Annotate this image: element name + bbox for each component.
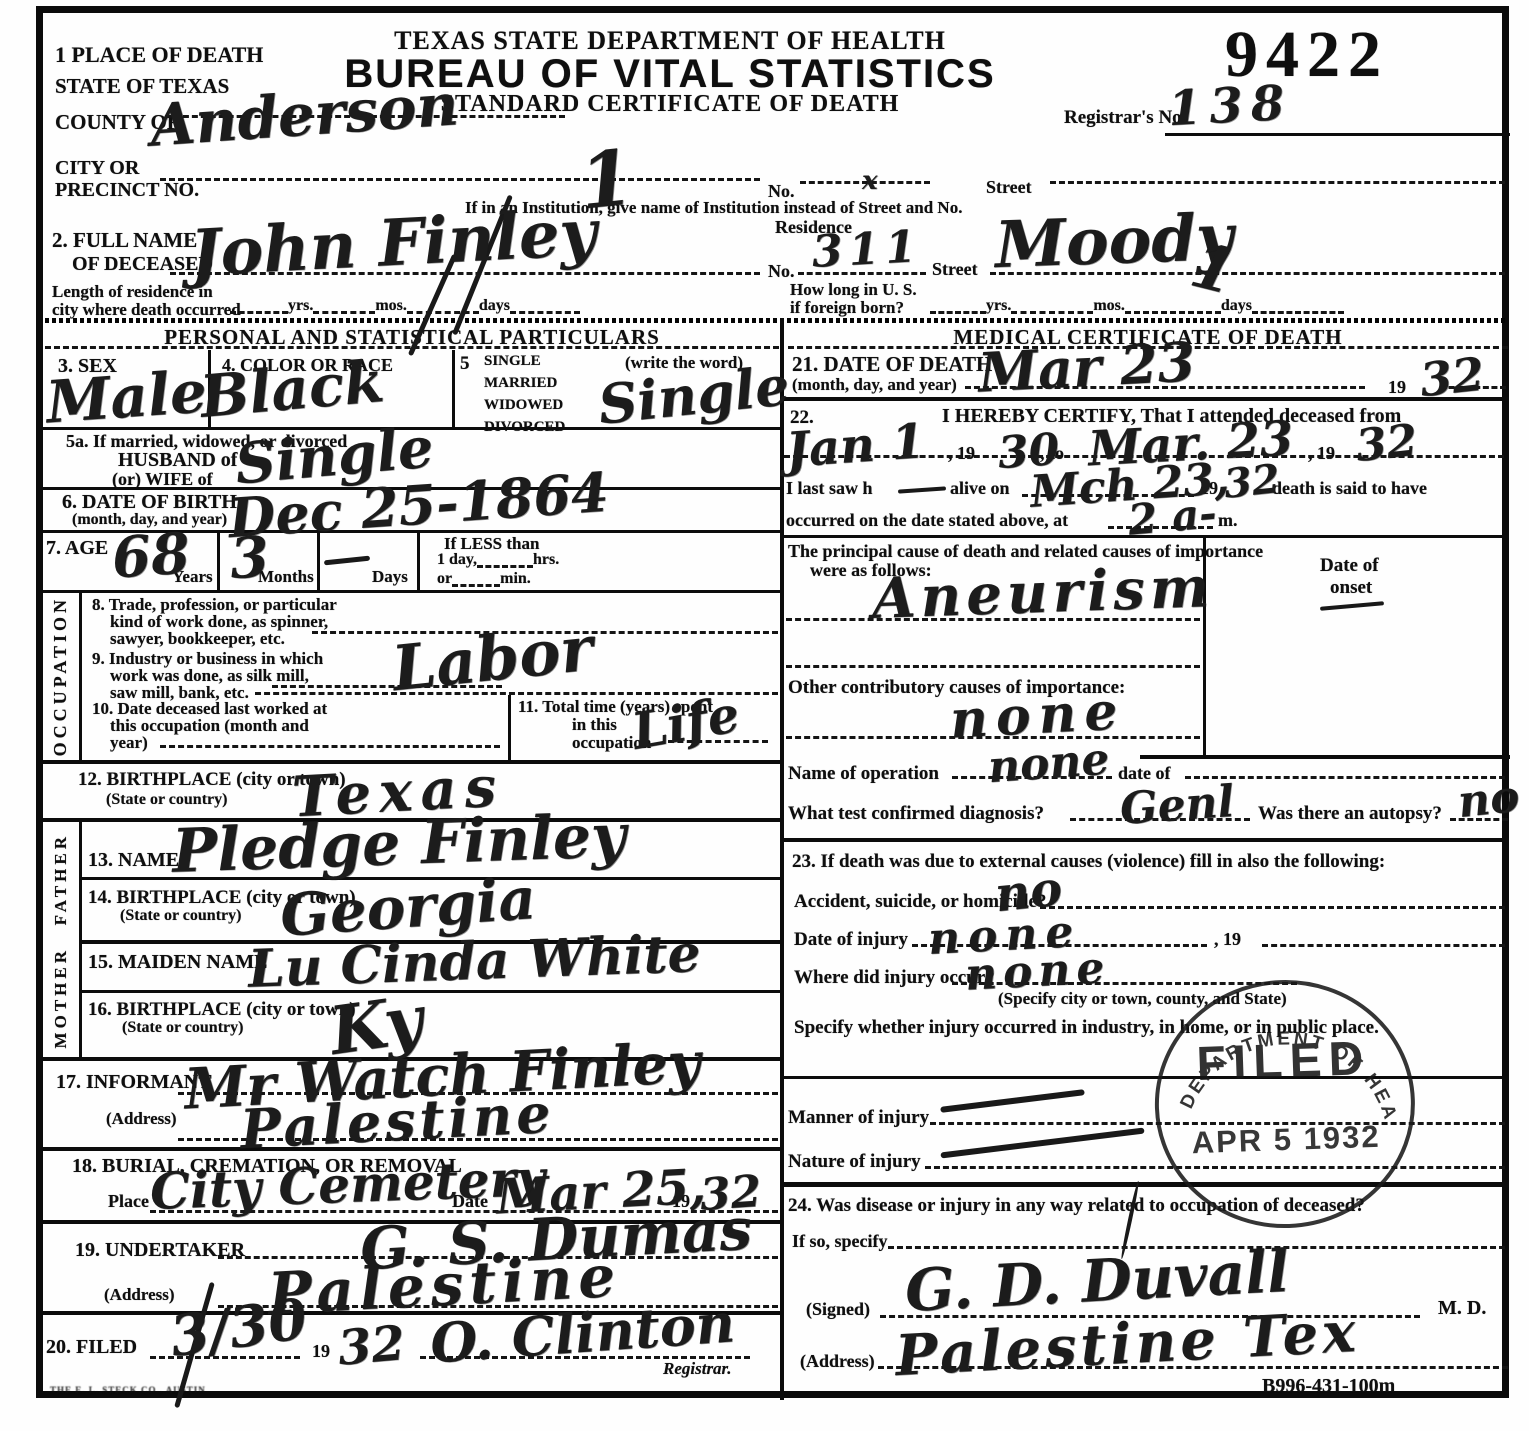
length-res-blanks: yrs. mos. days: [230, 298, 580, 314]
occ9-label-1: 9. Industry or business in which: [92, 650, 323, 667]
occ10-label-3: year): [110, 734, 148, 751]
city-or-label: CITY OR: [55, 158, 139, 178]
how-long-us-label1: How long in U. S.: [790, 281, 917, 298]
if-so-specify-label: If so, specify: [792, 1232, 888, 1250]
row-line: [782, 397, 1509, 401]
age-months-handwriting: 3: [228, 529, 271, 588]
mother-birthplace-label: 16. BIRTHPLACE (city or town): [88, 1000, 356, 1019]
test-handwriting: Genl: [1119, 780, 1236, 832]
mother-birthplace-sub: (State or country): [122, 1020, 243, 1036]
marital-number: 5: [460, 354, 470, 373]
age-divider: [217, 530, 220, 590]
burial-place-label: Place: [108, 1192, 149, 1210]
marital-option-married: MARRIED: [484, 376, 557, 391]
place-of-death-label: 1 PLACE OF DEATH: [55, 44, 263, 66]
form-code: B996-431-100m: [1262, 1376, 1395, 1396]
from-year19-label: , 19: [948, 444, 975, 462]
filed-label: 20. FILED: [46, 1337, 137, 1357]
row-line: [43, 590, 781, 593]
microprint-line: [45, 318, 1508, 323]
marital-option-widowed: WIDOWED: [484, 398, 563, 413]
undertaker-address-label: (Address): [104, 1286, 175, 1303]
father-vertical-strip: FATHER: [44, 822, 76, 936]
filed-year19-label: 19: [312, 1342, 330, 1360]
injury-where-handwriting: none: [964, 946, 1111, 998]
cause-line-2: [786, 665, 1200, 668]
occ8-label-1: 8. Trade, profession, or particular: [92, 596, 337, 613]
row-line: [782, 838, 1509, 842]
occupation-vertical-strip: OCCUPATION: [44, 594, 76, 758]
nature-of-injury-label: Nature of injury: [788, 1152, 921, 1171]
inst-street-label: Street: [986, 178, 1032, 196]
occ11-label-2: in this: [572, 716, 617, 733]
precinct-blank-line: [160, 178, 760, 181]
father-birthplace-sub: (State or country): [120, 908, 241, 924]
occ10-label-2: this occupation (month and: [110, 717, 309, 734]
burial-place-handwriting: City Cemetery: [149, 1153, 545, 1217]
signed-label: (Signed): [806, 1300, 870, 1318]
filed-date-handwriting: 3/30: [167, 1291, 311, 1366]
cause-handwriting: Aneurism: [871, 559, 1215, 627]
filed-stamp: DEPARTMENT OF HEALTH FILED APR 5 1932: [1133, 967, 1437, 1247]
length-res-label2: city where death occurred: [52, 301, 241, 318]
last-saw-label3: death is said to have: [1272, 479, 1427, 497]
how-long-us-label2: if foreign born?: [790, 299, 904, 316]
external-causes-label: 23. If death was due to external causes …: [792, 852, 1385, 871]
occ8-label-3: sawyer, bookkeeper, etc.: [110, 630, 285, 647]
precinct-no-label: PRECINCT NO.: [55, 180, 199, 200]
dob-label: 6. DATE OF BIRTH: [62, 492, 237, 512]
how-long-us-blanks: yrs. mos. days: [930, 298, 1344, 314]
registrar-no-value: 138: [1167, 79, 1294, 133]
parent-strip-border: [79, 818, 82, 1057]
if-less-hrs-row: 1 day, hrs.: [437, 552, 559, 568]
husband-of-label: HUSBAND of: [118, 450, 237, 470]
column-divider: [780, 318, 784, 1400]
mother-vertical-strip: MOTHER: [44, 942, 76, 1054]
header-title-line1: TEXAS STATE DEPARTMENT OF HEALTH: [330, 28, 1010, 54]
operation-label: Name of operation: [788, 764, 939, 783]
date-of-op-label: date of: [1118, 764, 1171, 782]
attended-from-handwriting: Jan 1: [784, 417, 926, 475]
occ10-label-1: 10. Date deceased last worked at: [92, 700, 327, 717]
occ8-label-2: kind of work done, as spinner,: [110, 613, 328, 630]
marital-option-single: SINGLE: [484, 354, 541, 369]
dod-year19-label: 19: [1388, 378, 1406, 396]
date-of-death-sub: (month, day, and year): [792, 376, 957, 393]
father-name-label: 13. NAME: [88, 850, 179, 870]
md-label: M. D.: [1438, 1298, 1486, 1318]
onset-box-bottom-border: [1140, 755, 1510, 759]
occ10-blank-line: [160, 745, 500, 748]
date-of-death-label: 21. DATE OF DEATH: [792, 354, 992, 375]
res-no-label: No.: [768, 262, 795, 280]
occurred-label: occurred on the date stated above, at: [786, 511, 1068, 529]
if-less-min-row: or min.: [437, 571, 531, 587]
autopsy-handwriting: no: [1456, 775, 1522, 825]
injury-year19-label: , 19: [1214, 930, 1241, 948]
institution-check-mark: x: [862, 168, 878, 194]
last-saw-year-handwriting: 32: [1222, 459, 1282, 505]
informant-address-label: (Address): [106, 1110, 177, 1127]
birthplace-sub-label: (State or country): [106, 792, 227, 808]
date-of-onset-label2: onset: [1330, 578, 1372, 597]
occ10-11-divider: [508, 695, 511, 760]
filed-year-handwriting: 32: [336, 1319, 407, 1373]
attended-to-year-handwriting: 32: [1354, 419, 1419, 469]
autopsy-label: Was there an autopsy?: [1258, 804, 1442, 823]
race-handwriting: Black: [198, 352, 386, 426]
last-saw-label2: alive on: [950, 479, 1010, 497]
age-years-handwriting: 68: [110, 525, 192, 586]
occurred-time-handwriting: 2 a-: [1126, 492, 1218, 542]
injury-date-label: Date of injury: [794, 930, 908, 949]
age-divider: [417, 530, 420, 590]
date-of-death-handwriting: Mar 23: [977, 334, 1197, 399]
dod-year-handwriting: 32: [1418, 351, 1486, 403]
manner-of-injury-label: Manner of injury: [788, 1108, 929, 1127]
test-label: What test confirmed diagnosis?: [788, 804, 1044, 823]
age-label: 7. AGE: [46, 538, 108, 558]
informant-address-handwriting: Palestine: [239, 1086, 556, 1156]
physician-address-label: (Address): [800, 1352, 875, 1370]
length-res-label1: Length of residence in: [52, 283, 213, 300]
occ9-label-2: work was done, as silk mill,: [110, 667, 309, 684]
father-name-handwriting: Pledge Finley: [171, 806, 627, 882]
operation-handwriting: none: [987, 738, 1111, 790]
inst-street-line: [1050, 181, 1505, 184]
svg-text:FILED: FILED: [1196, 1032, 1371, 1091]
res-no-handwriting: 311: [811, 225, 923, 275]
days-label: Days: [372, 568, 408, 585]
if-less-label: If LESS than: [444, 535, 539, 552]
mother-maiden-label: 15. MAIDEN NAME: [88, 952, 267, 972]
svg-text:APR 5 1932: APR 5 1932: [1191, 1119, 1381, 1161]
res-street-label: Street: [932, 260, 978, 278]
accident-line: [1040, 906, 1505, 909]
mother-maiden-handwriting: Lu Cinda White: [247, 928, 701, 996]
registrar-caption-label: Registrar.: [663, 1360, 732, 1377]
full-name-label1: 2. FULL NAME: [52, 230, 197, 251]
race-marital-divider: [452, 350, 455, 427]
last-saw-label1: I last saw h: [786, 479, 873, 497]
date-of-onset-label1: Date of: [1320, 556, 1379, 575]
injury-year-line: [1262, 944, 1505, 947]
occupation-strip-border: [79, 590, 82, 760]
death-certificate-document: 1 PLACE OF DEATH STATE OF TEXAS COUNTY O…: [0, 0, 1529, 1431]
to-year19-label: , 19: [1308, 444, 1335, 462]
sex-handwriting: Male: [44, 362, 208, 431]
occurred-m-label: m.: [1218, 511, 1238, 529]
wife-of-label: (or) WIFE of: [112, 470, 213, 488]
